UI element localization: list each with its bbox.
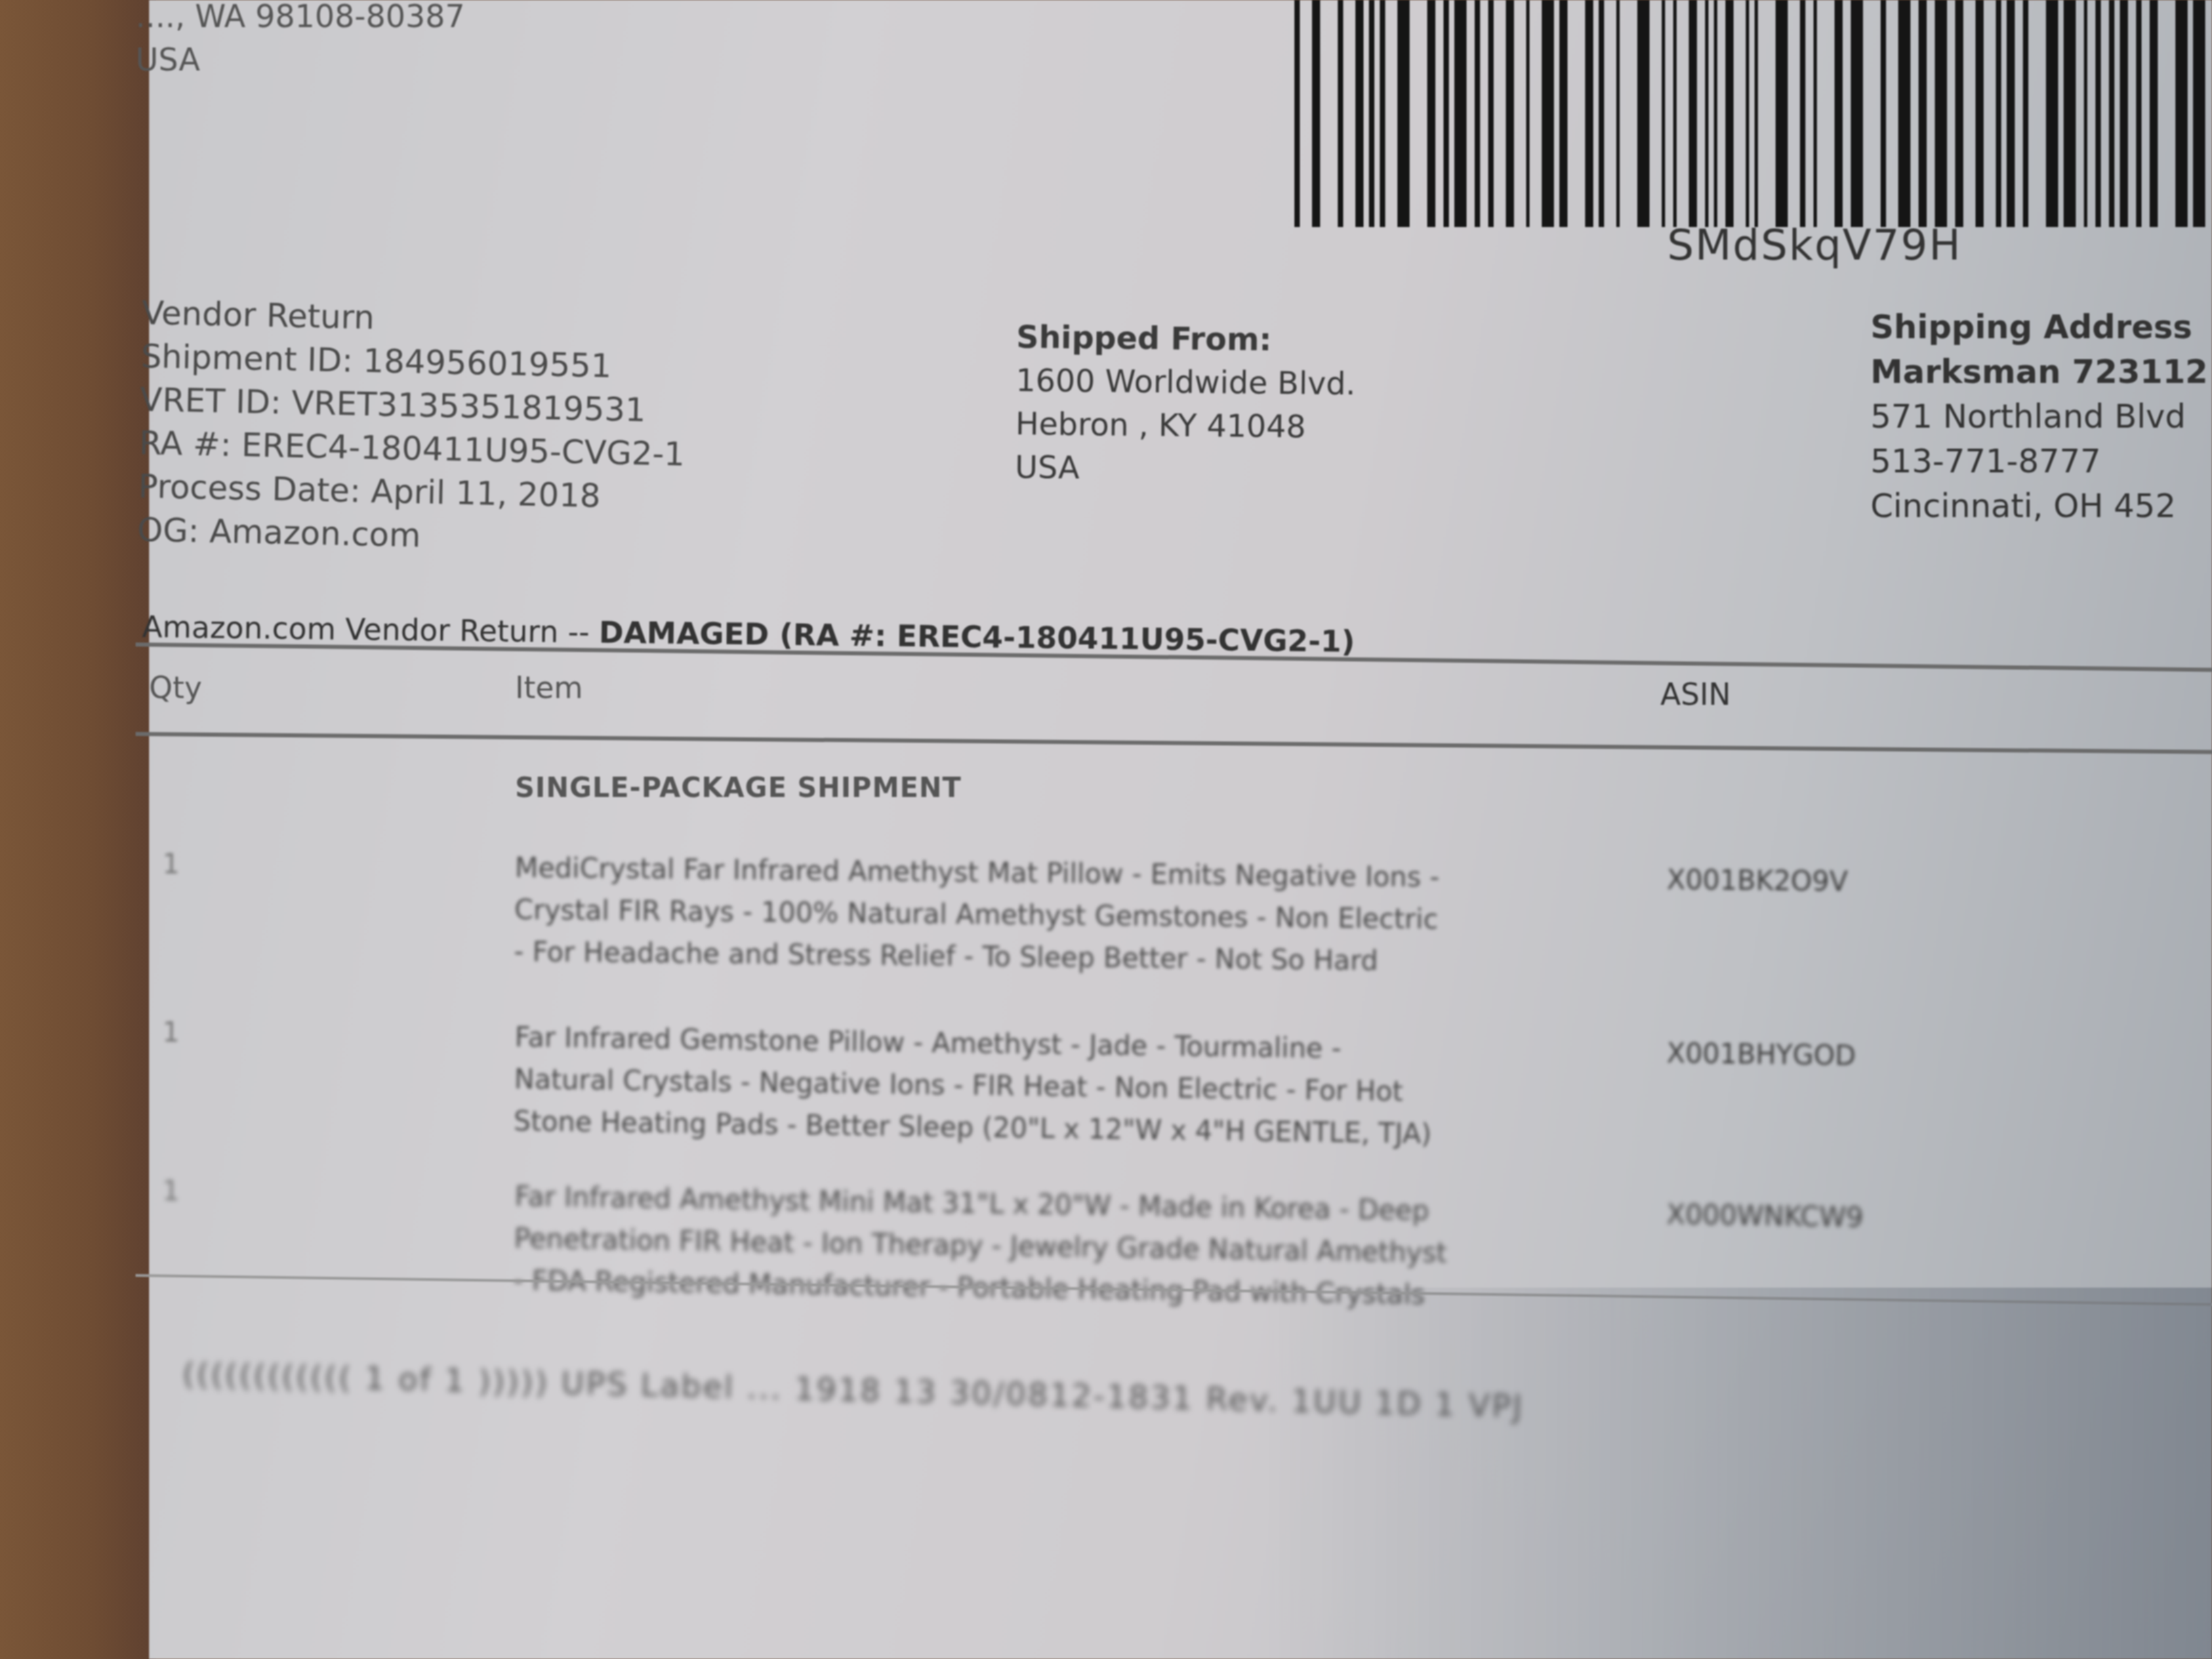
barcode-bar bbox=[1585, 0, 1593, 227]
table-row: 1 Far Infrared Gemstone Pillow - Amethys… bbox=[513, 1017, 1666, 1159]
divider bbox=[136, 732, 2212, 754]
barcode-bar bbox=[1637, 0, 1650, 227]
barcode-bar bbox=[1814, 0, 1817, 227]
shipping-address-phone: 513-771-8777 bbox=[1870, 439, 2208, 484]
barcode-bar bbox=[1427, 0, 1435, 227]
barcode-bar bbox=[1851, 0, 1863, 227]
barcode bbox=[1294, 0, 2212, 230]
barcode-text: SMdSkqV79H bbox=[1667, 220, 1962, 270]
shipped-from-street: 1600 Worldwide Blvd. bbox=[1016, 359, 1356, 405]
partial-return-address: ...., WA 98108-80387 USA bbox=[136, 0, 465, 81]
barcode-bar bbox=[1714, 0, 1717, 227]
row-asin: X001BHYGOD bbox=[1666, 1033, 1856, 1078]
shipped-from-country: USA bbox=[1015, 445, 1355, 492]
barcode-bar bbox=[1996, 0, 2001, 227]
barcode-bar bbox=[1935, 0, 1947, 227]
barcode-bar bbox=[1355, 0, 1364, 227]
shipping-address-city: Cincinnati, OH 452 bbox=[1870, 484, 2208, 529]
barcode-bar bbox=[2007, 0, 2015, 227]
barcode-bar bbox=[1542, 0, 1554, 227]
barcode-bar bbox=[2193, 0, 2205, 227]
barcode-bar bbox=[2109, 0, 2114, 227]
shipped-from-address: Shipped From: 1600 Worldwide Blvd. Hebro… bbox=[1015, 315, 1356, 492]
barcode-bar bbox=[1725, 0, 1734, 227]
barcode-bar bbox=[1835, 0, 1843, 227]
barcode-bar bbox=[1755, 0, 1758, 227]
barcode-bar bbox=[2046, 0, 2058, 227]
barcode-bar bbox=[1673, 0, 1677, 227]
barcode-bar bbox=[1689, 0, 1697, 227]
barcode-bar bbox=[1599, 0, 1604, 227]
barcode-bar bbox=[1475, 0, 1480, 227]
barcode-bar bbox=[1746, 0, 1749, 227]
barcode-bar bbox=[1800, 0, 1805, 227]
section-header: SINGLE-PACKAGE SHIPMENT bbox=[515, 773, 962, 804]
barcode-bar bbox=[2064, 0, 2076, 227]
shipping-address-street: 571 Northland Blvd bbox=[1870, 394, 2208, 439]
row-qty: 1 bbox=[162, 1012, 180, 1054]
barcode-bar bbox=[2136, 0, 2142, 227]
barcode-bar bbox=[1380, 0, 1385, 227]
barcode-bar bbox=[1443, 0, 1449, 227]
barcode-bar bbox=[1338, 0, 1343, 227]
barcode-bar bbox=[1488, 0, 1494, 227]
barcode-bar bbox=[1397, 0, 1410, 227]
table-row: 1 MediCrystal Far Infrared Amethyst Mat … bbox=[514, 847, 1667, 985]
column-header-asin: ASIN bbox=[1660, 678, 1731, 712]
return-title: Amazon.com Vendor Return -- DAMAGED (RA … bbox=[142, 610, 2212, 670]
column-header-item: Item bbox=[515, 671, 583, 705]
barcode-bar bbox=[1776, 0, 1788, 227]
barcode-bar bbox=[1662, 0, 1665, 227]
barcode-bar bbox=[2150, 0, 2158, 227]
packing-slip: ...., WA 98108-80387 USA SMdSkqV79H Vend… bbox=[149, 0, 2212, 1659]
row-qty: 1 bbox=[162, 1170, 180, 1212]
row-qty: 1 bbox=[162, 844, 180, 886]
barcode-bar bbox=[1898, 0, 1910, 227]
shipped-from-header: Shipped From: bbox=[1016, 315, 1356, 362]
column-header-qty: Qty bbox=[149, 671, 202, 705]
shipping-address: Shipping Address Marksman 723112 571 Nor… bbox=[1870, 305, 2208, 529]
partial-address-country: USA bbox=[136, 38, 465, 81]
barcode-bar bbox=[1312, 0, 1320, 227]
cardboard-background bbox=[0, 0, 156, 1659]
barcode-bar bbox=[2023, 0, 2028, 227]
shadow-overlay bbox=[1263, 1288, 2212, 1659]
barcode-bar bbox=[2120, 0, 2128, 227]
barcode-bar bbox=[1705, 0, 1708, 227]
row-asin: X001BK2O9V bbox=[1666, 859, 1848, 903]
partial-address-line: ...., WA 98108-80387 bbox=[136, 0, 465, 38]
barcode-bar bbox=[1955, 0, 1963, 227]
barcode-bar bbox=[1616, 0, 1620, 227]
barcode-bar bbox=[1454, 0, 1467, 227]
barcode-bar bbox=[1294, 0, 1300, 227]
barcode-bar bbox=[1559, 0, 1568, 227]
barcode-bar bbox=[2175, 0, 2188, 227]
barcode-bar bbox=[1975, 0, 1984, 227]
barcode-bar bbox=[1506, 0, 1514, 227]
shipping-address-header: Shipping Address bbox=[1870, 305, 2208, 350]
barcode-bar bbox=[1369, 0, 1374, 227]
row-asin: X000WNKCW9 bbox=[1666, 1194, 1864, 1240]
shipping-address-name: Marksman 723112 bbox=[1870, 350, 2208, 394]
barcode-bar bbox=[1919, 0, 1927, 227]
shipped-from-city: Hebron , KY 41048 bbox=[1015, 402, 1355, 449]
barcode-bar bbox=[1881, 0, 1886, 227]
barcode-bar bbox=[1526, 0, 1530, 227]
barcode-bar bbox=[2095, 0, 2101, 227]
barcode-bar bbox=[2084, 0, 2087, 227]
vendor-return-info: Vendor Return Shipment ID: 184956019551 … bbox=[137, 291, 688, 563]
